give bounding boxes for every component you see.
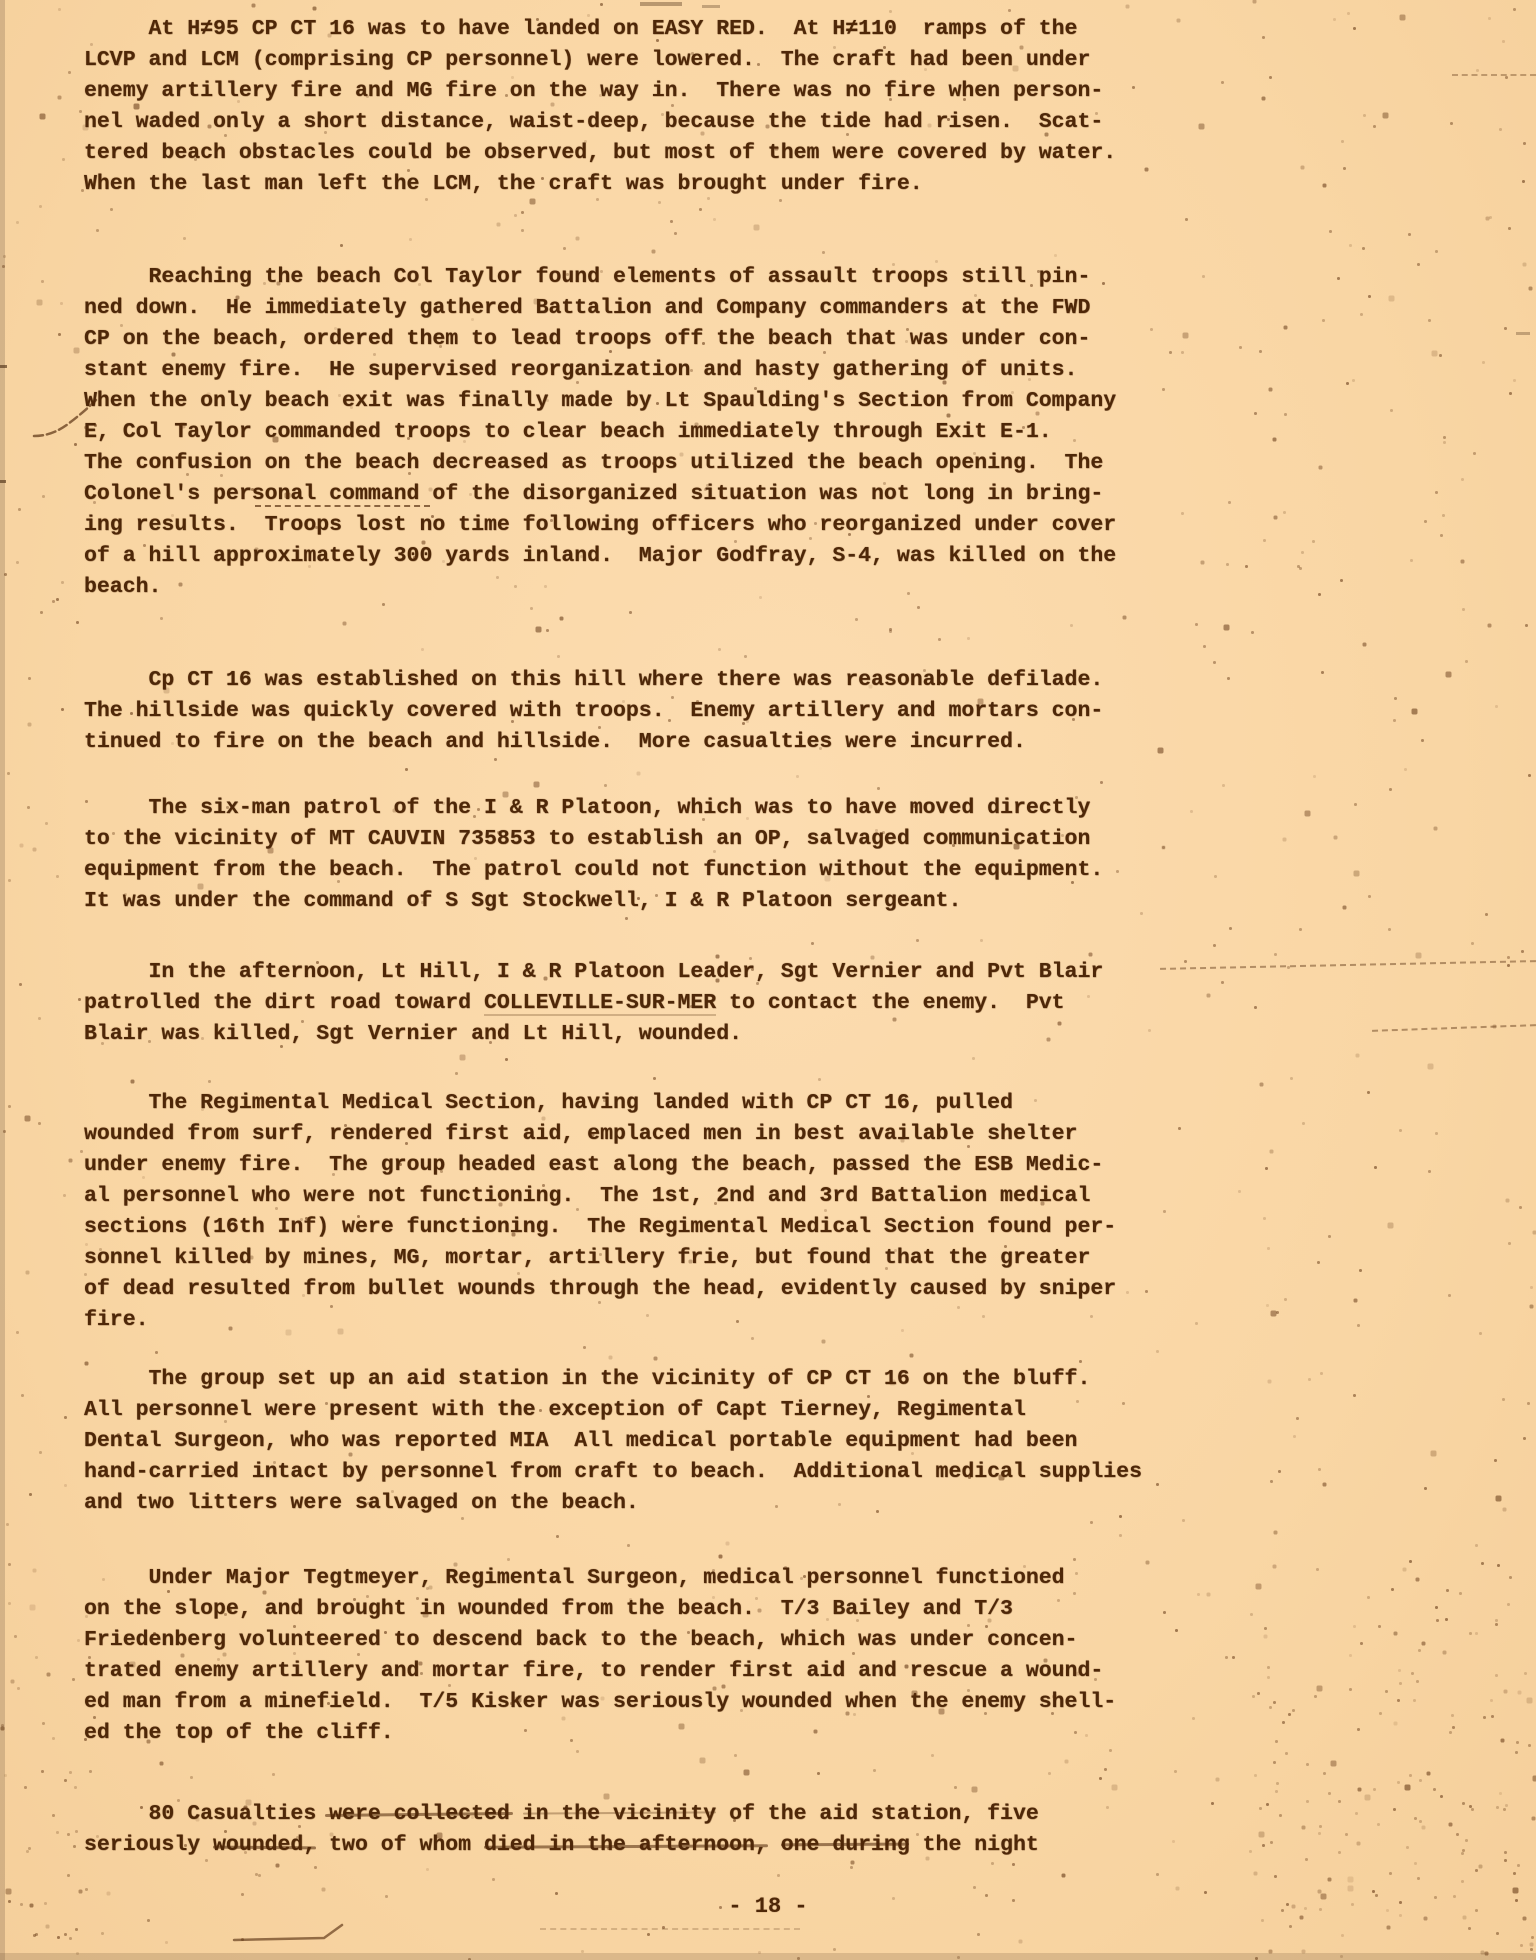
paragraph-7: The group set up an aid station in the v… bbox=[84, 1364, 1214, 1519]
paragraph-2: Reaching the beach Col Taylor found elem… bbox=[84, 262, 1214, 603]
paragraph-9: 80 Casualties were collected in the vici… bbox=[84, 1799, 1214, 1861]
crease-mark bbox=[540, 1928, 800, 1930]
edge-tick-mark bbox=[1516, 332, 1530, 335]
page-number: - 18 - bbox=[0, 1894, 1536, 1919]
scanned-document-page: At H≠95 CP CT 16 was to have landed on E… bbox=[0, 0, 1536, 1960]
paragraph-5: In the afternoon, Lt Hill, I & R Platoon… bbox=[84, 957, 1214, 1050]
scan-edge-bottom bbox=[0, 1953, 1536, 1960]
paragraph-3: Cp CT 16 was established on this hill wh… bbox=[84, 665, 1214, 758]
scratch-mark bbox=[232, 1922, 352, 1946]
crease-mark bbox=[1160, 960, 1536, 970]
crease-mark bbox=[1452, 74, 1536, 76]
paper-noise-dense bbox=[0, 0, 1, 1]
paragraph-6: The Regimental Medical Section, having l… bbox=[84, 1088, 1214, 1336]
edge-tick-mark bbox=[640, 2, 682, 6]
document-body: At H≠95 CP CT 16 was to have landed on E… bbox=[84, 14, 1214, 1861]
paragraph-1: At H≠95 CP CT 16 was to have landed on E… bbox=[84, 14, 1214, 200]
edge-tick-mark bbox=[702, 5, 720, 8]
paragraph-8: Under Major Tegtmeyer, Regimental Surgeo… bbox=[84, 1563, 1214, 1749]
crease-mark bbox=[1372, 1024, 1536, 1032]
scan-edge-left bbox=[0, 0, 5, 1960]
paragraph-4: The six-man patrol of the I & R Platoon,… bbox=[84, 793, 1214, 917]
